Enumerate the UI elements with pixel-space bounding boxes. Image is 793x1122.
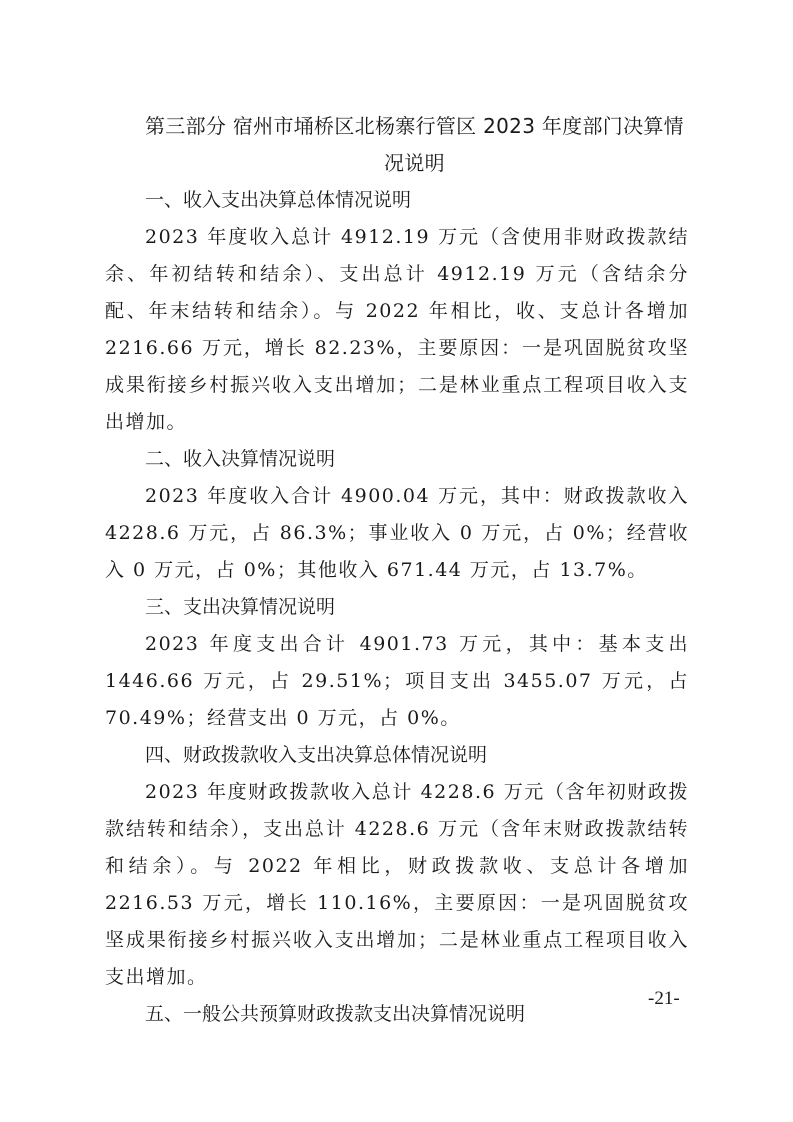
section-heading: 四、财政拨款收入支出决算总体情况说明 bbox=[105, 737, 689, 774]
section-fiscal-appropriation: 四、财政拨款收入支出决算总体情况说明 2023 年度财政拨款收入总计 4228.… bbox=[105, 737, 689, 996]
section-body: 2023 年度财政拨款收入总计 4228.6 万元（含年初财政拨款结转和结余），… bbox=[105, 774, 689, 996]
section-body: 2023 年度支出合计 4901.73 万元，其中：基本支出 1446.66 万… bbox=[105, 626, 689, 737]
section-heading: 一、收入支出决算总体情况说明 bbox=[105, 182, 689, 219]
page-number: -21- bbox=[648, 988, 680, 1010]
document-page: 第三部分 宿州市埇桥区北杨寨行管区 2023 年度部门决算情 况说明 一、收入支… bbox=[105, 108, 689, 1033]
section-heading: 三、支出决算情况说明 bbox=[105, 589, 689, 626]
section-heading: 二、收入决算情况说明 bbox=[105, 441, 689, 478]
section-body: 2023 年度收入总计 4912.19 万元（含使用非财政拨款结余、年初结转和结… bbox=[105, 219, 689, 441]
section-expenditure: 三、支出决算情况说明 2023 年度支出合计 4901.73 万元，其中：基本支… bbox=[105, 589, 689, 737]
document-title-line-2: 况说明 bbox=[105, 145, 689, 182]
section-body: 2023 年度收入合计 4900.04 万元，其中：财政拨款收入 4228.6 … bbox=[105, 478, 689, 589]
section-overall-income-expenditure: 一、收入支出决算总体情况说明 2023 年度收入总计 4912.19 万元（含使… bbox=[105, 182, 689, 441]
document-title: 第三部分 宿州市埇桥区北杨寨行管区 2023 年度部门决算情 况说明 bbox=[105, 108, 689, 182]
section-general-public-budget: 五、一般公共预算财政拨款支出决算情况说明 bbox=[105, 996, 689, 1033]
section-heading: 五、一般公共预算财政拨款支出决算情况说明 bbox=[105, 996, 689, 1033]
document-title-line-1: 第三部分 宿州市埇桥区北杨寨行管区 2023 年度部门决算情 bbox=[105, 108, 689, 145]
section-income: 二、收入决算情况说明 2023 年度收入合计 4900.04 万元，其中：财政拨… bbox=[105, 441, 689, 589]
